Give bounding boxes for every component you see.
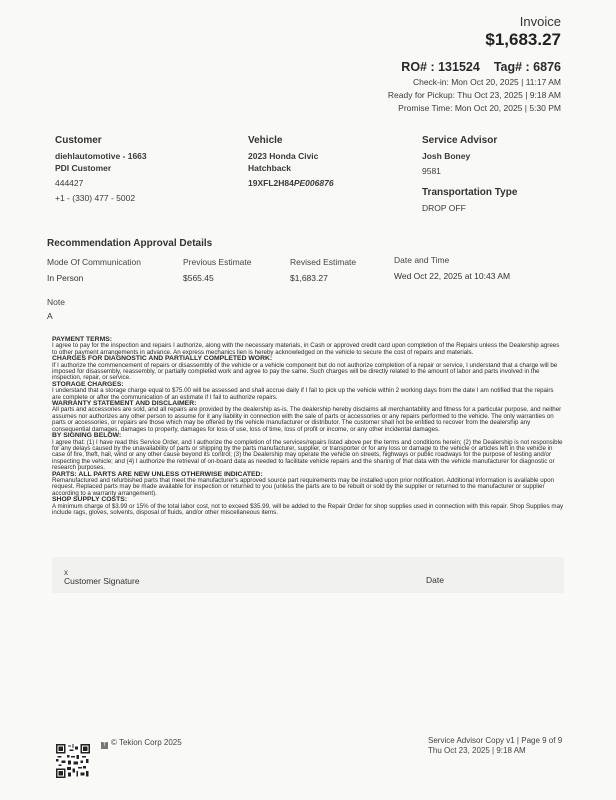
copy-info: Service Advisor Copy v1 | Page 9 of 9 bbox=[428, 736, 562, 746]
date-and-time: Date and Time Wed Oct 22, 2025 at 10:43 … bbox=[394, 255, 510, 281]
tekion-logo-icon: T bbox=[101, 742, 108, 749]
advisor-name: Josh Boney bbox=[422, 150, 517, 162]
mode-of-communication: Mode Of Communication In Person bbox=[47, 257, 141, 283]
recommendation-grid: Mode Of Communication In Person Previous… bbox=[47, 257, 567, 289]
advisor-heading: Service Advisor bbox=[422, 135, 517, 146]
customer-type: PDI Customer bbox=[55, 162, 147, 174]
recommendation-section: Recommendation Approval Details Mode Of … bbox=[47, 238, 567, 321]
advisor-id: 9581 bbox=[422, 165, 517, 177]
signature-box[interactable]: x Customer Signature Date bbox=[52, 557, 564, 593]
customer-phone: +1 - (330) 477 - 5002 bbox=[55, 192, 147, 204]
previous-estimate-value: $565.45 bbox=[183, 273, 252, 283]
advisor-block: Service Advisor Josh Boney 9581 Transpor… bbox=[422, 135, 517, 214]
terms-body: All parts and accessories are sold, and … bbox=[52, 407, 564, 433]
customer-signature-label: Customer Signature bbox=[64, 576, 140, 586]
vehicle-model: 2023 Honda Civic bbox=[248, 150, 334, 162]
mode-label: Mode Of Communication bbox=[47, 257, 141, 267]
note-block: Note A bbox=[47, 297, 567, 321]
qr-code-icon bbox=[56, 744, 90, 778]
recommendation-title: Recommendation Approval Details bbox=[47, 238, 567, 249]
revised-estimate: Revised Estimate $1,683.27 bbox=[290, 257, 356, 283]
terms-body: A minimum charge of $3.99 or 15% of the … bbox=[52, 504, 564, 517]
tag-number: Tag# : 6876 bbox=[494, 60, 561, 74]
invoice-header: Invoice $1,683.27 RO# : 131524Tag# : 687… bbox=[388, 14, 561, 113]
ro-number: RO# : 131524 bbox=[401, 60, 480, 74]
customer-name: diehlautomotive - 1663 bbox=[55, 150, 147, 162]
terms-body: Remanufactured and refurbished parts tha… bbox=[52, 478, 564, 497]
vin-suffix: PE006876 bbox=[294, 178, 334, 188]
customer-heading: Customer bbox=[55, 135, 147, 146]
terms-body: I agree that: (1) I have read this Servi… bbox=[52, 440, 564, 472]
customer-id: 444427 bbox=[55, 177, 147, 189]
ready-for-pickup-time: Ready for Pickup: Thu Oct 23, 2025 | 9:1… bbox=[388, 90, 561, 100]
datetime-value: Wed Oct 22, 2025 at 10:43 AM bbox=[394, 271, 510, 281]
vehicle-heading: Vehicle bbox=[248, 135, 334, 146]
vehicle-block: Vehicle 2023 Honda Civic Hatchback 19XFL… bbox=[248, 135, 334, 189]
mode-value: In Person bbox=[47, 273, 141, 283]
ro-tag-line: RO# : 131524Tag# : 6876 bbox=[388, 60, 561, 74]
terms-and-conditions: PAYMENT TERMS:I agree to pay for the ins… bbox=[52, 337, 564, 516]
check-in-time: Check-in: Mon Oct 20, 2025 | 11:17 AM bbox=[388, 77, 561, 87]
revised-estimate-value: $1,683.27 bbox=[290, 273, 356, 283]
note-value: A bbox=[47, 311, 567, 321]
note-label: Note bbox=[47, 297, 567, 307]
previous-estimate: Previous Estimate $565.45 bbox=[183, 257, 252, 283]
previous-estimate-label: Previous Estimate bbox=[183, 257, 252, 267]
printed-timestamp: Thu Oct 23, 2025 | 9:18 AM bbox=[428, 746, 562, 756]
transport-heading: Transportation Type bbox=[422, 187, 517, 198]
footer-right: Service Advisor Copy v1 | Page 9 of 9 Th… bbox=[428, 736, 562, 756]
copyright-text: © Tekion Corp 2025 bbox=[111, 738, 182, 747]
transport-value: DROP OFF bbox=[422, 202, 517, 214]
vehicle-vin: 19XFL2H84PE006876 bbox=[248, 177, 334, 189]
vehicle-body: Hatchback bbox=[248, 162, 334, 174]
vin-prefix: 19XFL2H84 bbox=[248, 178, 294, 188]
datetime-label: Date and Time bbox=[394, 255, 510, 265]
invoice-title: Invoice bbox=[388, 14, 561, 29]
signature-date-label: Date bbox=[426, 575, 444, 585]
terms-body: If I authorize the commencement of repai… bbox=[52, 363, 564, 382]
copyright: T© Tekion Corp 2025 bbox=[101, 738, 182, 749]
customer-block: Customer diehlautomotive - 1663 PDI Cust… bbox=[55, 135, 147, 204]
invoice-total: $1,683.27 bbox=[388, 30, 561, 50]
revised-estimate-label: Revised Estimate bbox=[290, 257, 356, 267]
promise-time: Promise Time: Mon Oct 20, 2025 | 5:30 PM bbox=[388, 103, 561, 113]
